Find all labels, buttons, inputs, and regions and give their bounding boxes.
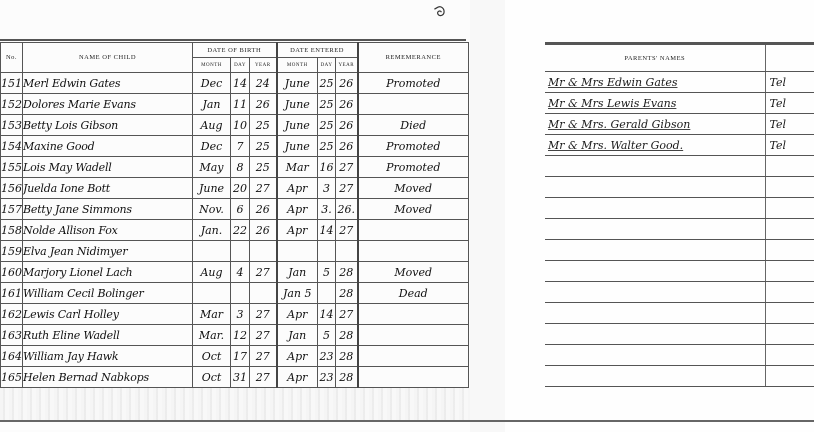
entered-year: 27 (336, 304, 358, 325)
remembrance-note: Moved (358, 199, 469, 220)
header-date-entered: Date Entered (277, 43, 358, 58)
birth-year: 24 (250, 73, 277, 94)
row-number: 161 (1, 283, 23, 304)
next-column-cell: Tel (765, 93, 814, 114)
remembrance-note (358, 94, 469, 115)
header-remembrance: Rememerance (358, 43, 469, 73)
birth-day: 4 (231, 262, 250, 283)
birth-day: 11 (231, 94, 250, 115)
table-row: Mr & Mrs. Gerald GibsonTel (545, 114, 814, 135)
entered-month: Apr (277, 199, 318, 220)
entered-month: June (277, 115, 318, 136)
parents-name (545, 198, 765, 219)
header-birth-month: Month (193, 58, 231, 73)
parents-name (545, 345, 765, 366)
child-name: Ruth Eline Wadell (23, 325, 193, 346)
entered-year: 28 (336, 283, 358, 304)
child-name: Helen Bernad Nabkops (23, 367, 193, 388)
birth-year: 26 (250, 199, 277, 220)
table-row: 153Betty Lois GibsonAug1025June2526Died (1, 115, 469, 136)
entered-month: Jan (277, 325, 318, 346)
table-row: 155Lois May WadellMay825Mar1627Promoted (1, 157, 469, 178)
birth-year: 27 (250, 262, 277, 283)
parents-names-table: Parents' Names Mr & Mrs Edwin GatesTelMr… (545, 44, 814, 387)
header-parents-names: Parents' Names (545, 45, 765, 72)
entered-month: June (277, 136, 318, 157)
remembrance-note: Moved (358, 178, 469, 199)
left-ledger-page: ᘐ No. Name of Child Date of Birth Date E… (0, 0, 470, 432)
table-row: 165Helen Bernad NabkopsOct3127Apr2328 (1, 367, 469, 388)
row-number: 154 (1, 136, 23, 157)
table-row: 152Dolores Marie EvansJan1126June2526 (1, 94, 469, 115)
birth-day: 22 (231, 220, 250, 241)
entered-day: 23 (318, 346, 336, 367)
child-name: William Jay Hawk (23, 346, 193, 367)
row-number: 162 (1, 304, 23, 325)
parents-name (545, 303, 765, 324)
child-name: Maxine Good (23, 136, 193, 157)
parents-name (545, 219, 765, 240)
page-number-mark: ᘐ (433, 3, 450, 22)
next-column-cell: Tel (765, 135, 814, 156)
birth-year: 25 (250, 157, 277, 178)
birth-year: 27 (250, 346, 277, 367)
entered-year: 26 (336, 73, 358, 94)
entered-month: Apr (277, 304, 318, 325)
entered-month: Apr (277, 178, 318, 199)
birth-year: 26 (250, 220, 277, 241)
birth-year: 27 (250, 367, 277, 388)
entered-day: 16 (318, 157, 336, 178)
entered-day: 5 (318, 325, 336, 346)
next-column-cell (765, 324, 814, 345)
entered-year: 27 (336, 178, 358, 199)
entered-year: 28 (336, 325, 358, 346)
entered-month (277, 241, 318, 262)
remembrance-note (358, 346, 469, 367)
entered-day: 23 (318, 367, 336, 388)
entered-day: 25 (318, 136, 336, 157)
next-column-cell: Tel (765, 72, 814, 93)
table-row (545, 324, 814, 345)
table-row: Mr & Mrs. Walter Good.Tel (545, 135, 814, 156)
parents-name (545, 261, 765, 282)
remembrance-note: Died (358, 115, 469, 136)
entered-year: 27 (336, 220, 358, 241)
header-birth-year: Year (250, 58, 277, 73)
table-row (545, 198, 814, 219)
remembrance-note (358, 325, 469, 346)
table-row: 151Merl Edwin GatesDec1424June2526Promot… (1, 73, 469, 94)
top-rule (0, 39, 466, 41)
header-no: No. (1, 43, 23, 73)
birth-year: 27 (250, 304, 277, 325)
child-name: Dolores Marie Evans (23, 94, 193, 115)
row-number: 159 (1, 241, 23, 262)
row-number: 158 (1, 220, 23, 241)
child-name: Betty Jane Simmons (23, 199, 193, 220)
table-row: 157Betty Jane SimmonsNov.626Apr3.26.Move… (1, 199, 469, 220)
next-column-cell (765, 198, 814, 219)
entered-year: 26 (336, 136, 358, 157)
next-column-cell (765, 345, 814, 366)
table-row: 156Juelda Ione BottJune2027Apr327Moved (1, 178, 469, 199)
entered-year: 28 (336, 262, 358, 283)
birth-year: 27 (250, 178, 277, 199)
table-row (545, 177, 814, 198)
birth-day: 6 (231, 199, 250, 220)
remembrance-note (358, 220, 469, 241)
row-number: 160 (1, 262, 23, 283)
birth-day: 17 (231, 346, 250, 367)
header-next-column (765, 45, 814, 72)
table-row (545, 156, 814, 177)
child-name: Lewis Carl Holley (23, 304, 193, 325)
birth-month: June (193, 178, 231, 199)
entered-month: Mar (277, 157, 318, 178)
entered-day: 3. (318, 199, 336, 220)
birth-day (231, 283, 250, 304)
entered-day: 14 (318, 220, 336, 241)
table-row: 154Maxine GoodDec725June2526Promoted (1, 136, 469, 157)
table-row: Mr & Mrs Edwin GatesTel (545, 72, 814, 93)
remembrance-note: Moved (358, 262, 469, 283)
table-row: 159Elva Jean Nidimyer (1, 241, 469, 262)
next-column-cell (765, 240, 814, 261)
birth-month: Aug (193, 115, 231, 136)
entered-month: Apr (277, 346, 318, 367)
header-entered-day: Day (318, 58, 336, 73)
remembrance-note (358, 241, 469, 262)
next-column-cell (765, 156, 814, 177)
birth-year: 27 (250, 325, 277, 346)
birth-year (250, 283, 277, 304)
bottom-rule (0, 420, 814, 422)
birth-day (231, 241, 250, 262)
birth-month: Oct (193, 346, 231, 367)
next-column-cell: Tel (765, 114, 814, 135)
table-row (545, 366, 814, 387)
next-column-cell (765, 261, 814, 282)
birth-month: Mar (193, 304, 231, 325)
birth-year: 25 (250, 115, 277, 136)
table-row (545, 303, 814, 324)
next-column-cell (765, 282, 814, 303)
header-entered-year: Year (336, 58, 358, 73)
entered-month: Jan (277, 262, 318, 283)
table-row: 163Ruth Eline WadellMar.1227Jan528 (1, 325, 469, 346)
birth-day: 31 (231, 367, 250, 388)
birth-day: 12 (231, 325, 250, 346)
birth-month: Jan. (193, 220, 231, 241)
table-row (545, 282, 814, 303)
parents-name (545, 366, 765, 387)
birth-month: Oct (193, 367, 231, 388)
remembrance-note: Dead (358, 283, 469, 304)
table-row (545, 219, 814, 240)
birth-month: Mar. (193, 325, 231, 346)
child-name: Lois May Wadell (23, 157, 193, 178)
header-birth-day: Day (231, 58, 250, 73)
entered-month: June (277, 94, 318, 115)
entered-day: 5 (318, 262, 336, 283)
entered-day: 25 (318, 115, 336, 136)
birth-month (193, 241, 231, 262)
table-row (545, 240, 814, 261)
birth-year: 25 (250, 136, 277, 157)
child-name: Betty Lois Gibson (23, 115, 193, 136)
row-number: 165 (1, 367, 23, 388)
birth-year: 26 (250, 94, 277, 115)
parents-name (545, 324, 765, 345)
parents-name: Mr & Mrs Edwin Gates (545, 72, 765, 93)
table-row: 161William Cecil BolingerJan 528Dead (1, 283, 469, 304)
entered-year: 28 (336, 367, 358, 388)
table-row (545, 261, 814, 282)
entered-day: 14 (318, 304, 336, 325)
row-number: 163 (1, 325, 23, 346)
parents-name (545, 177, 765, 198)
entered-year: 26. (336, 199, 358, 220)
entered-month: Apr (277, 367, 318, 388)
next-column-cell (765, 177, 814, 198)
child-name: Merl Edwin Gates (23, 73, 193, 94)
birth-month: Aug (193, 262, 231, 283)
next-column-cell (765, 219, 814, 240)
table-row: 164William Jay HawkOct1727Apr2328 (1, 346, 469, 367)
entered-month: June (277, 73, 318, 94)
parents-name: Mr & Mrs Lewis Evans (545, 93, 765, 114)
birth-day: 10 (231, 115, 250, 136)
birth-day: 8 (231, 157, 250, 178)
row-number: 152 (1, 94, 23, 115)
table-row (545, 345, 814, 366)
table-row: 160Marjory Lionel LachAug427Jan528Moved (1, 262, 469, 283)
birth-month: Nov. (193, 199, 231, 220)
header-entered-month: Month (277, 58, 318, 73)
entered-day (318, 283, 336, 304)
birth-day: 3 (231, 304, 250, 325)
child-name: Elva Jean Nidimyer (23, 241, 193, 262)
page-stain (0, 388, 470, 420)
remembrance-note (358, 304, 469, 325)
book-gutter (470, 0, 505, 432)
parents-name (545, 282, 765, 303)
remembrance-note: Promoted (358, 136, 469, 157)
parents-name: Mr & Mrs. Gerald Gibson (545, 114, 765, 135)
row-number: 157 (1, 199, 23, 220)
row-number: 155 (1, 157, 23, 178)
birth-year (250, 241, 277, 262)
remembrance-note: Promoted (358, 73, 469, 94)
birth-month: Jan (193, 94, 231, 115)
birth-month: May (193, 157, 231, 178)
header-name-of-child: Name of Child (23, 43, 193, 73)
birth-month: Dec (193, 73, 231, 94)
row-number: 164 (1, 346, 23, 367)
remembrance-note: Promoted (358, 157, 469, 178)
entered-day: 25 (318, 73, 336, 94)
entered-day: 25 (318, 94, 336, 115)
entered-day (318, 241, 336, 262)
parents-name (545, 240, 765, 261)
parents-name: Mr & Mrs. Walter Good. (545, 135, 765, 156)
next-column-cell (765, 303, 814, 324)
birth-day: 7 (231, 136, 250, 157)
row-number: 156 (1, 178, 23, 199)
entered-year: 26 (336, 115, 358, 136)
header-date-of-birth: Date of Birth (193, 43, 277, 58)
row-number: 153 (1, 115, 23, 136)
table-row: 158Nolde Allison FoxJan.2226Apr1427 (1, 220, 469, 241)
child-name: Juelda Ione Bott (23, 178, 193, 199)
entered-year: 27 (336, 157, 358, 178)
entered-day: 3 (318, 178, 336, 199)
child-name: William Cecil Bolinger (23, 283, 193, 304)
row-number: 151 (1, 73, 23, 94)
next-column-cell (765, 366, 814, 387)
remembrance-note (358, 367, 469, 388)
table-row: 162Lewis Carl HolleyMar327Apr1427 (1, 304, 469, 325)
parents-name (545, 156, 765, 177)
entered-year: 26 (336, 94, 358, 115)
enrollment-register-table: No. Name of Child Date of Birth Date Ent… (0, 42, 469, 388)
table-row: Mr & Mrs Lewis EvansTel (545, 93, 814, 114)
entered-month: Jan 5 (277, 283, 318, 304)
entered-year (336, 241, 358, 262)
child-name: Marjory Lionel Lach (23, 262, 193, 283)
birth-month: Dec (193, 136, 231, 157)
child-name: Nolde Allison Fox (23, 220, 193, 241)
birth-day: 20 (231, 178, 250, 199)
birth-day: 14 (231, 73, 250, 94)
entered-year: 28 (336, 346, 358, 367)
entered-month: Apr (277, 220, 318, 241)
birth-month (193, 283, 231, 304)
